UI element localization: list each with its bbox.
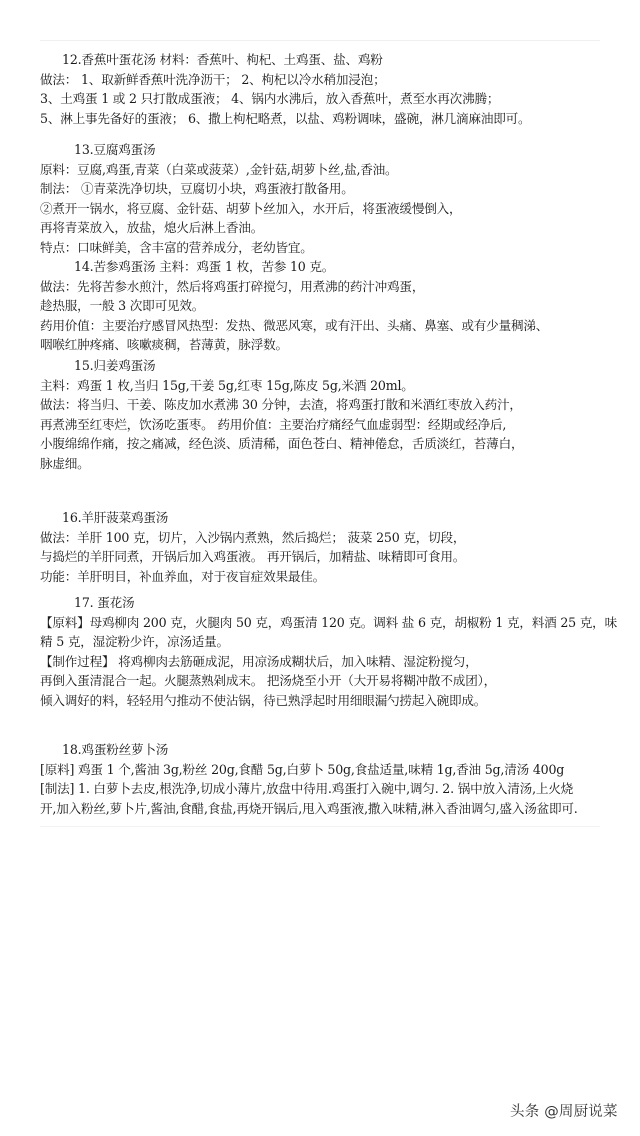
recipe-line: 倾入调好的料，轻轻用勺推动不使沾锅，待已熟浮起时用细眼漏勺捞起入碗即成。 [40, 691, 610, 711]
recipe-title: 16.羊肝菠菜鸡蛋汤 [40, 508, 610, 528]
recipe-18: 18.鸡蛋粉丝萝卜汤 [原料] 鸡蛋 1 个,酱油 3g,粉丝 20g,食醋 5… [40, 740, 610, 818]
bottom-divider [40, 826, 600, 827]
recipe-line: 【原料】母鸡柳肉 200 克，火腿肉 50 克，鸡蛋清 120 克。调料 盐 6… [40, 613, 610, 633]
recipe-line: 与捣烂的羊肝同煮，开锅后加入鸡蛋液。 再开锅后，加精盐、味精即可食用。 [40, 547, 610, 567]
recipe-title: 13.豆腐鸡蛋汤 [40, 140, 610, 160]
recipe-line: 做法：先将苦参水煎汁，然后将鸡蛋打碎搅匀，用煮沸的药汁冲鸡蛋， [40, 277, 610, 297]
recipe-line: 开,加入粉丝,萝卜片,酱油,食醋,食盐,再烧开锅后,甩入鸡蛋液,撒入味精,淋入香… [40, 799, 610, 819]
recipe-line: [原料] 鸡蛋 1 个,酱油 3g,粉丝 20g,食醋 5g,白萝卜 50g,食… [40, 760, 610, 780]
recipe-line: 精 5 克，湿淀粉少许，凉汤适量。 [40, 632, 610, 652]
recipe-12: 12.香蕉叶蛋花汤 材料：香蕉叶、枸杞、土鸡蛋、盐、鸡粉 做法： 1、取新鲜香蕉… [40, 50, 610, 128]
recipe-line: 原料：豆腐,鸡蛋,青菜（白菜或菠菜）,金针菇,胡萝卜丝,盐,香油。 [40, 160, 610, 180]
recipe-line: 做法： 1、取新鲜香蕉叶洗净沥干； 2、枸杞以冷水稍加浸泡； [40, 70, 610, 90]
recipe-line: 特点：口味鲜美，含丰富的营养成分，老幼皆宜。 [40, 238, 610, 258]
recipe-line: 主料：鸡蛋 1 枚,当归 15g,干姜 5g,红枣 15g,陈皮 5g,米酒 2… [40, 376, 610, 396]
recipe-line: 再煮沸至红枣烂，饮汤吃蛋枣。 药用价值：主要治疗痛经气血虚弱型：经期或经净后, [40, 415, 610, 435]
recipe-line: 【制作过程】 将鸡柳肉去筋砸成泥，用凉汤成糊状后，加入味精、湿淀粉搅匀， [40, 652, 610, 672]
recipe-line: 再倒入蛋清混合一起。火腿蒸熟剁成末。 把汤烧至小开（大开易将糊冲散不成团）， [40, 671, 610, 691]
recipe-line: [制法] 1. 白萝卜去皮,根洗净,切成小薄片,放盘中待用.鸡蛋打入碗中,调匀.… [40, 779, 610, 799]
recipe-line: 咽喉红肿疼痛、咳嗽痰稠，苔薄黄，脉浮数。 [40, 335, 610, 355]
recipe-line: 再将青菜放入，放盐，熄火后淋上香油。 [40, 218, 610, 238]
recipe-line: 5、淋上事先备好的蛋液； 6、撒上枸杞略煮，以盐、鸡粉调味，盛碗，淋几滴麻油即可… [40, 109, 610, 129]
recipe-title: 17. 蛋花汤 [40, 593, 610, 613]
watermark: 头条 @周厨说菜 [510, 1100, 618, 1121]
recipe-17: 17. 蛋花汤 【原料】母鸡柳肉 200 克，火腿肉 50 克，鸡蛋清 120 … [40, 593, 610, 710]
recipe-line: 做法：将当归、干姜、陈皮加水煮沸 30 分钟，去渣，将鸡蛋打散和米酒红枣放入药汁… [40, 395, 610, 415]
recipe-title: 12.香蕉叶蛋花汤 材料：香蕉叶、枸杞、土鸡蛋、盐、鸡粉 [40, 50, 610, 70]
recipe-line: 小腹绵绵作痛，按之痛减，经色淡、质清稀，面色苍白、精神倦怠，舌质淡红，苔薄白， [40, 434, 610, 454]
recipe-line: ②煮开一锅水，将豆腐、金针菇、胡萝卜丝加入，水开后，将蛋液缓慢倒入， [40, 199, 610, 219]
recipe-line: 3、土鸡蛋 1 或 2 只打散成蛋液； 4、锅内水沸后，放入香蕉叶，煮至水再次沸… [40, 89, 610, 109]
recipe-15: 15.归姜鸡蛋汤 主料：鸡蛋 1 枚,当归 15g,干姜 5g,红枣 15g,陈… [40, 356, 610, 473]
recipe-line: 制法： ①青菜洗净切块，豆腐切小块，鸡蛋液打散备用。 [40, 179, 610, 199]
top-divider [40, 40, 600, 41]
recipe-line: 做法：羊肝 100 克，切片，入沙锅内煮熟，然后捣烂； 菠菜 250 克，切段， [40, 528, 610, 548]
recipe-line: 趁热服，一般 3 次即可见效。 [40, 296, 610, 316]
recipe-16: 16.羊肝菠菜鸡蛋汤 做法：羊肝 100 克，切片，入沙锅内煮熟，然后捣烂； 菠… [40, 508, 610, 586]
recipe-title: 18.鸡蛋粉丝萝卜汤 [40, 740, 610, 760]
recipe-14: 14.苦参鸡蛋汤 主料：鸡蛋 1 枚，苦参 10 克。 做法：先将苦参水煎汁，然… [40, 257, 610, 355]
recipe-title: 14.苦参鸡蛋汤 主料：鸡蛋 1 枚，苦参 10 克。 [40, 257, 610, 277]
recipe-13: 13.豆腐鸡蛋汤 原料：豆腐,鸡蛋,青菜（白菜或菠菜）,金针菇,胡萝卜丝,盐,香… [40, 140, 610, 257]
recipe-line: 药用价值：主要治疗感冒风热型：发热、微恶风寒，或有汗出、头痛、鼻塞、或有少量稠涕… [40, 316, 610, 336]
recipe-line: 功能：羊肝明目，补血养血，对于夜盲症效果最佳。 [40, 567, 610, 587]
recipe-line: 脉虚细。 [40, 454, 610, 474]
recipe-title: 15.归姜鸡蛋汤 [40, 356, 610, 376]
